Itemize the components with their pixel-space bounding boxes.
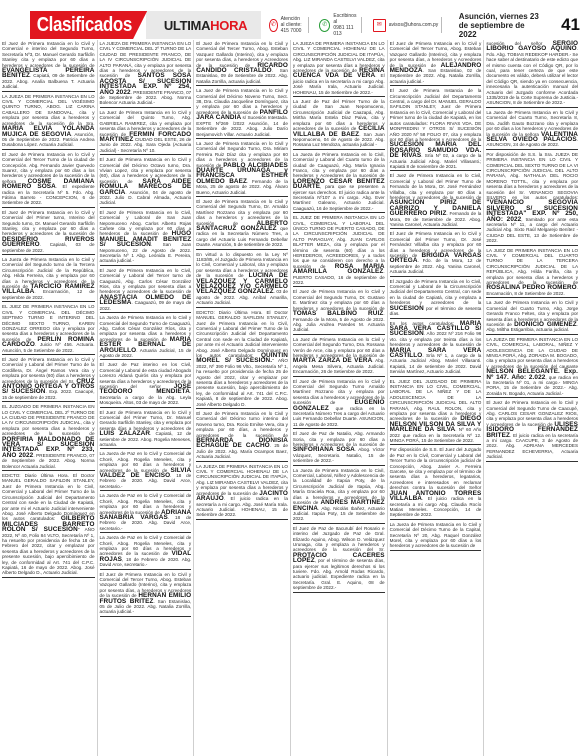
edict-notice: LA JUEZA DE PRIMERA INSTANCIA EN LO CIVI… [293, 40, 385, 97]
whatsapp-contact: ✆ Escribinos al0981 111 013 [319, 13, 358, 37]
edict-notice: El Juzgado de Primera Instancia en lo Ci… [390, 278, 482, 319]
column-5: El Juez de Primera Instancia en lo Civil… [387, 40, 484, 756]
edict-text: Por disposición de S.S. la Sra. JUEZA DE… [486, 152, 578, 200]
edict-text: El Juez de Paz de Natalio, Abg. Armando … [293, 431, 385, 447]
edict-text: El Juez de Primera Instancia en lo Civil… [100, 410, 192, 431]
edict-notice: El Juez de Paz de Natalio, Abg. Armando … [293, 430, 385, 465]
email-contact: ✉ avisos@uhora.com.py [373, 19, 439, 32]
edict-text: EDICTO: Diario Última Hora. El Doctor MA… [2, 473, 95, 521]
edict-text: LA JUEZA DE PRIMERA INSTANCIA EN LO CIVI… [486, 337, 578, 369]
column-3: El Juez de Primera Instancia en lo Civil… [193, 40, 290, 756]
edict-notice: El Juez de Primera Instancia en lo Civil… [390, 230, 482, 276]
whatsapp-icon: ✆ [319, 19, 330, 32]
edict-notice: El Juez de Primera Instancia en lo Civil… [2, 40, 95, 92]
edict-notice: EDICTO: Diario Última Hora. El Doctor MA… [2, 472, 95, 578]
edict-notice: LA JUEZ DE PRIMERA INSTANCIA EN LO CIVIL… [486, 247, 578, 299]
edict-notice: El Juez de Primera Instancia de la Circu… [390, 87, 482, 171]
edict-notice: La Jueza de Paz en lo Civil y Comercial … [100, 492, 192, 533]
phone-number: 415 7000 [281, 28, 302, 34]
edict-notice: El Juez de Primera Instancia en lo Civil… [293, 288, 385, 334]
edict-notice: El Juez de Primera Instancia en lo Civil… [100, 409, 192, 450]
edict-text: El Juez de Primera Instancia en lo Civil… [390, 173, 482, 200]
edict-text: EL JUEZ DE PRIMERA INSTANCIA EN LO CIVIL… [293, 215, 385, 269]
edict-notice: EDICTO: Diario Última Hora. El Doctor MA… [196, 309, 288, 409]
edict-notice: El Juez de Primera Instancia en lo Civil… [293, 378, 385, 430]
edict-text: " AÑO 2022, Nº 390 Folio 96 Vlto., Secre… [196, 358, 288, 406]
edict-notice: El Juez de Primera Instancia en lo Civil… [100, 571, 192, 617]
edict-notice: El Juez de Primera Instancia en lo Civil… [390, 40, 482, 86]
logo-part-2: HORA [210, 18, 247, 33]
edict-text: El Juez de Primera Instancia de la Circu… [390, 88, 482, 142]
edict-text: El Juzgado de Primera Instancia en lo Ci… [390, 279, 482, 306]
edict-notice: Por disposición de S.S. la Sra. JUEZA DE… [486, 151, 578, 246]
edict-notice: En virtud a lo dispuesto en la Ley Nº 11… [196, 251, 288, 308]
edict-text: El Juez de Paz de Itacurubí del Rosario … [293, 526, 385, 553]
edict-notice: El Juez de Primera Instancia en lo Civil… [2, 209, 95, 255]
edict-notice: El Juez de Primera Instancia en lo Civil… [390, 172, 482, 229]
whatsapp-label: Escribinos al [333, 13, 356, 25]
edict-notice: El Juez de Primera Instancia en lo Civil… [100, 156, 192, 208]
edict-notice: El Juez de Primera Instancia en lo Civil… [100, 209, 192, 266]
edict-notice: En los autos caratulados: MARIA SARA VER… [390, 320, 482, 377]
phone-icon: ✆ [269, 19, 277, 32]
edict-text: La Jueza de Primera Instancia en lo Civi… [293, 152, 385, 179]
page-header: Clasificados ULTIMAHORA ✆ Atención al cl… [0, 10, 580, 40]
edict-notice: EL JUEZ DE PRIMERA INSTANCIA EN LO CIVIL… [293, 214, 385, 287]
column-6: sucesión del señor SERGIO LIBORIO GAYOSO… [483, 40, 580, 756]
section-title: Clasificados [30, 11, 147, 39]
logo-part-1: ULTIMA [164, 18, 210, 33]
edict-text: , por el término de sesenta días, para e… [293, 558, 385, 590]
edict-notice: LA JUEZA DE PRIMERA INSTANCIA EN LO CIVI… [486, 336, 578, 398]
edict-notice: EL JUZGADO DE PRIMERA INSTANCIA EN LO CI… [2, 403, 95, 471]
edict-text: El Juez de Primera Instancia en lo Civil… [293, 289, 385, 310]
edict-notice: La Jueza de Primera Instancia en lo Civi… [293, 151, 385, 213]
phone-contact: ✆ Atención al cliente:415 7000 [269, 16, 304, 34]
edict-notice: El Juez de Primera Instancia en lo Civil… [100, 267, 192, 313]
newspaper-logo: ULTIMAHORA [146, 11, 261, 39]
publication-date: Asunción, viernes 23 de septiembre de 20… [459, 12, 539, 39]
edict-notice: La Jueza de Primera Instancia en lo Civi… [390, 521, 482, 551]
edict-notice: La Jueza de Primera Instancia en lo Civi… [293, 467, 385, 524]
edict-text: LA JUEZ DE PRIMERA INSTANCIA EN LO CIVIL… [486, 248, 578, 285]
column-2: LA JUEZA DE PRIMERA INSTANCIA EN LO CIVI… [97, 40, 194, 756]
edict-notice: EL JUEZ DEL JUZGADO DE PRIMERA INSTANCIA… [390, 378, 482, 446]
email-address: avisos@uhora.com.py [389, 22, 439, 28]
edict-notice: La Jueza de Primera Instancia en lo Civi… [100, 314, 192, 360]
column-1: El Juez de Primera Instancia en lo Civil… [0, 40, 97, 756]
edict-notice: El Juez de Paz interino en los Civil, Co… [100, 361, 192, 407]
edict-notice: La Juez de Primera Instancia en lo Civil… [293, 336, 385, 377]
edict-notice: El Juez de Paz de Itacurubí del Rosario … [293, 525, 385, 593]
edict-text: La Juez de Primera Instancia en lo Civil… [293, 337, 385, 358]
edict-notice: La Juez de Primera Instancia en lo Civil… [196, 87, 288, 139]
page-number: 41 [561, 15, 580, 35]
edict-notice: El Juez de Primera Instancia en lo Civil… [196, 198, 288, 250]
edict-notice: sucesión del señor SERGIO LIBORIO GAYOSO… [486, 40, 578, 108]
classifieds-columns: El Juez de Primera Instancia en lo Civil… [0, 40, 580, 756]
edict-notice: La Jueza de Primera Instancia en lo Civi… [2, 256, 95, 302]
edict-text: Por disposición de S.S. El Juez del Juzg… [390, 447, 482, 490]
edict-notice: La Juez de Primera Instancia en lo Civil… [196, 140, 288, 197]
edict-text: LA JUEZA DE PRIMERA INSTANCIA EN LO CIVI… [2, 94, 95, 126]
edict-notice: EL JUEZ DE PRIMERA INSTANCIA EN LO CIVIL… [2, 303, 95, 355]
edict-notice: La Jueza de Primera Instancia en lo Civi… [486, 109, 578, 150]
edict-notice: La Juez de Primera Instancia en lo Civil… [100, 109, 192, 155]
edict-text: EL JUZGADO DE PRIMERA INSTANCIA EN LO CI… [2, 404, 95, 436]
edict-notice: El Juez de Primera Instancia en lo Civil… [196, 40, 288, 86]
column-4: LA JUEZA DE PRIMERA INSTANCIA EN LO CIVI… [290, 40, 387, 756]
whatsapp-number: 0981 111 013 [333, 25, 353, 37]
edict-notice: La Juez de Primera Instancia en lo Civil… [486, 299, 578, 334]
edict-notice: La Jueza de Paz en lo Civil y Comercial … [100, 450, 192, 491]
edict-text: El Juez de Primera Instancia en lo Civil… [100, 268, 192, 295]
edict-notice: Por disposición de S.S. El Juez del Juzg… [390, 446, 482, 519]
edict-notice: El Juez de Primera Instancia en lo Civil… [2, 151, 95, 208]
edict-text: El Juez de Primera Instancia en lo Civil… [196, 411, 288, 438]
edict-text: El Juez de Primera Instancia en lo Civil… [2, 210, 95, 237]
edict-text: La Jueza de Primera Instancia en lo Civi… [390, 522, 482, 549]
edict-notice: LA JUEZA DE PRIMERA INSTANCIA EN LO CIVI… [100, 40, 192, 108]
edict-text: . Fdo. Abg. TOBIAS REDEKOP HARDER.- Se h… [486, 46, 578, 105]
edict-notice: LA JUEZA DE PRIMERA INSTANCIA EN LO CIVI… [196, 463, 288, 520]
edict-notice: LA JUEZA DE PRIMERA INSTANCIA EN LO CIVI… [2, 93, 95, 150]
edict-notice: El Juez de Primera Instancia en lo Civil… [196, 410, 288, 462]
envelope-icon: ✉ [373, 19, 386, 32]
edict-text: El Juez de Primera Instancia en lo Civil… [2, 41, 95, 68]
edict-notice: El Juez de Primera Instancia en lo Civil… [486, 399, 578, 461]
edict-notice: El Juez de Primera Instancia en lo Civil… [2, 356, 95, 402]
edict-text: " AÑO 2022, Nº 40, Folio 84 VLTO, Secret… [2, 527, 95, 575]
phone-label: Atención al cliente: [281, 16, 302, 28]
edict-text: EDICTO: Diario Última Hora. El Doctor MA… [196, 310, 288, 358]
edict-notice: La Juez de Paz del Primer Turno de la ci… [293, 98, 385, 150]
edict-notice: La Jueza de Paz en lo Civil y Comercial … [100, 534, 192, 569]
